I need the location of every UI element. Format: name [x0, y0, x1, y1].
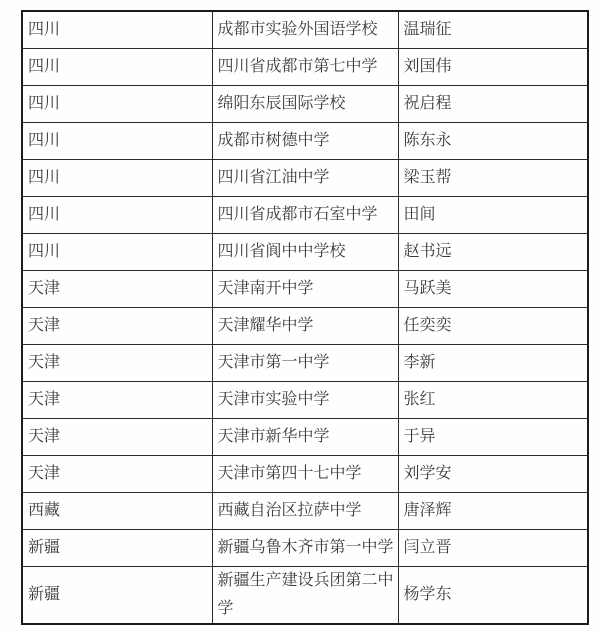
name-cell: 刘学安 — [398, 456, 588, 493]
province-cell: 新疆 — [22, 567, 212, 625]
table-row: 四川四川省江油中学梁玉帮 — [22, 160, 588, 197]
province-cell: 四川 — [22, 234, 212, 271]
name-cell: 赵书远 — [398, 234, 588, 271]
province-cell: 四川 — [22, 11, 212, 49]
school-cell: 西藏自治区拉萨中学 — [212, 493, 398, 530]
table-row: 四川四川省阆中中学校赵书远 — [22, 234, 588, 271]
province-cell: 天津 — [22, 419, 212, 456]
name-cell: 刘国伟 — [398, 49, 588, 86]
name-cell: 张红 — [398, 382, 588, 419]
province-cell: 天津 — [22, 382, 212, 419]
province-cell: 四川 — [22, 123, 212, 160]
school-cell: 天津市第一中学 — [212, 345, 398, 382]
school-cell: 天津市第四十七中学 — [212, 456, 398, 493]
school-cell: 新疆乌鲁木齐市第一中学 — [212, 530, 398, 567]
table-row: 四川四川省成都市石室中学田间 — [22, 197, 588, 234]
province-school-name-table: 四川成都市实验外国语学校温瑞征四川四川省成都市第七中学刘国伟四川绵阳东辰国际学校… — [21, 10, 589, 625]
name-cell: 任奕奕 — [398, 308, 588, 345]
province-cell: 天津 — [22, 456, 212, 493]
school-cell: 四川省成都市石室中学 — [212, 197, 398, 234]
province-cell: 西藏 — [22, 493, 212, 530]
school-cell: 天津市实验中学 — [212, 382, 398, 419]
school-cell: 绵阳东辰国际学校 — [212, 86, 398, 123]
province-cell: 天津 — [22, 345, 212, 382]
name-cell: 李新 — [398, 345, 588, 382]
school-cell: 天津南开中学 — [212, 271, 398, 308]
province-cell: 天津 — [22, 271, 212, 308]
name-cell: 杨学东 — [398, 567, 588, 625]
name-cell: 闫立晋 — [398, 530, 588, 567]
school-cell: 四川省江油中学 — [212, 160, 398, 197]
name-cell: 田间 — [398, 197, 588, 234]
school-cell: 新疆生产建设兵团第二中学 — [212, 567, 398, 625]
name-cell: 陈东永 — [398, 123, 588, 160]
province-cell: 四川 — [22, 49, 212, 86]
name-cell: 温瑞征 — [398, 11, 588, 49]
table-row: 天津天津市新华中学于异 — [22, 419, 588, 456]
school-cell: 天津市新华中学 — [212, 419, 398, 456]
name-cell: 唐泽辉 — [398, 493, 588, 530]
table-row: 新疆新疆乌鲁木齐市第一中学闫立晋 — [22, 530, 588, 567]
province-cell: 四川 — [22, 86, 212, 123]
province-cell: 天津 — [22, 308, 212, 345]
table-row: 四川绵阳东辰国际学校祝启程 — [22, 86, 588, 123]
name-cell: 祝启程 — [398, 86, 588, 123]
province-cell: 四川 — [22, 160, 212, 197]
school-cell: 天津耀华中学 — [212, 308, 398, 345]
school-cell: 四川省阆中中学校 — [212, 234, 398, 271]
table-row: 新疆新疆生产建设兵团第二中学杨学东 — [22, 567, 588, 625]
province-cell: 四川 — [22, 197, 212, 234]
table-body: 四川成都市实验外国语学校温瑞征四川四川省成都市第七中学刘国伟四川绵阳东辰国际学校… — [22, 11, 588, 624]
table-row: 天津天津市第四十七中学刘学安 — [22, 456, 588, 493]
table-row: 天津天津市第一中学李新 — [22, 345, 588, 382]
school-cell: 四川省成都市第七中学 — [212, 49, 398, 86]
table-row: 天津天津耀华中学任奕奕 — [22, 308, 588, 345]
table-row: 四川成都市树德中学陈东永 — [22, 123, 588, 160]
table-row: 天津天津南开中学马跃美 — [22, 271, 588, 308]
name-cell: 马跃美 — [398, 271, 588, 308]
name-cell: 于异 — [398, 419, 588, 456]
school-cell: 成都市实验外国语学校 — [212, 11, 398, 49]
table-row: 天津天津市实验中学张红 — [22, 382, 588, 419]
province-cell: 新疆 — [22, 530, 212, 567]
roster-table-container: 四川成都市实验外国语学校温瑞征四川四川省成都市第七中学刘国伟四川绵阳东辰国际学校… — [21, 10, 589, 625]
name-cell: 梁玉帮 — [398, 160, 588, 197]
table-row: 四川成都市实验外国语学校温瑞征 — [22, 11, 588, 49]
school-cell: 成都市树德中学 — [212, 123, 398, 160]
table-row: 西藏西藏自治区拉萨中学唐泽辉 — [22, 493, 588, 530]
table-row: 四川四川省成都市第七中学刘国伟 — [22, 49, 588, 86]
